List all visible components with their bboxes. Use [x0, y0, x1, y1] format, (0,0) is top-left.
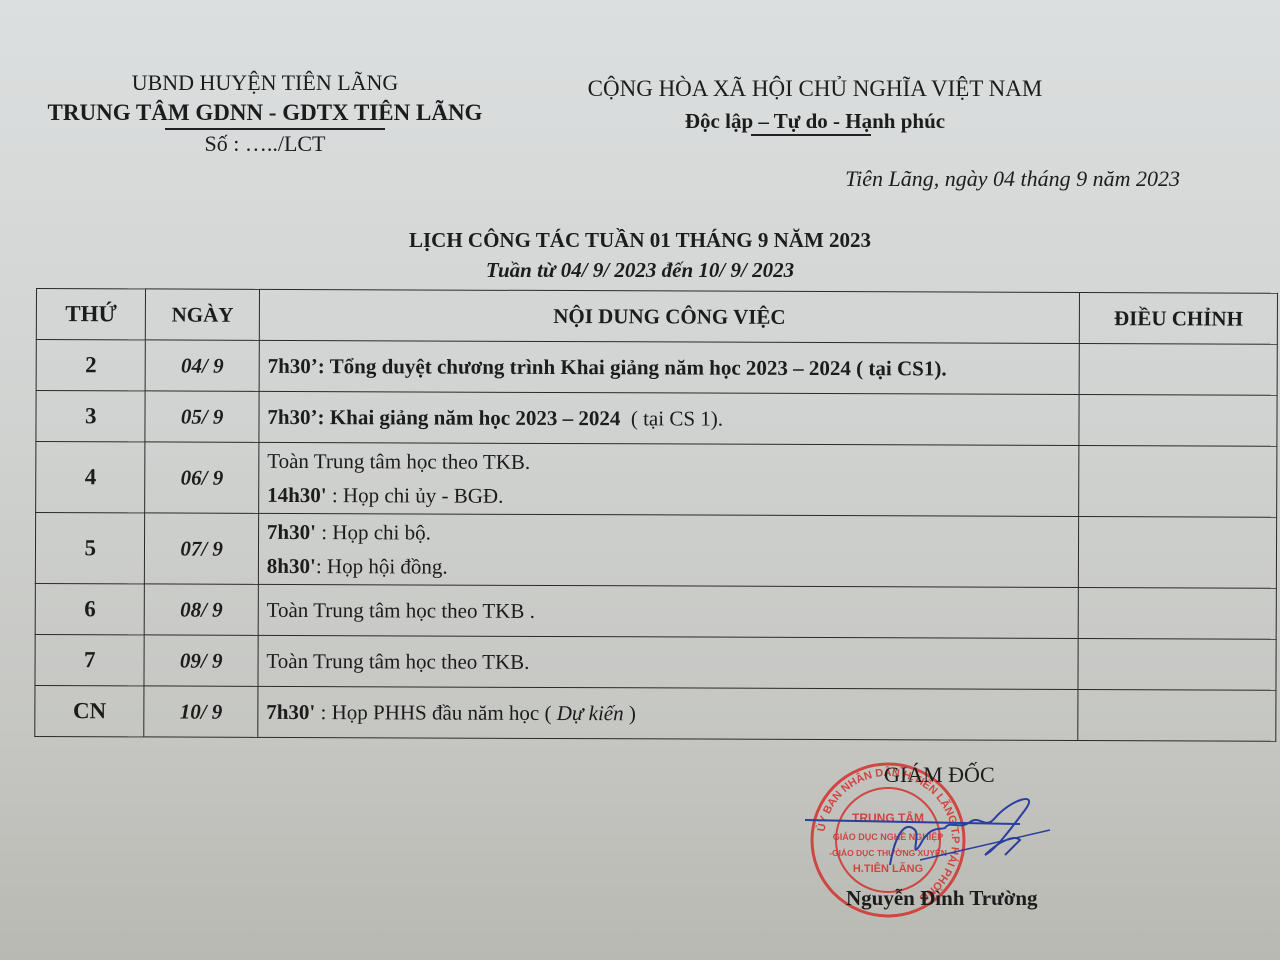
task-line: 7h30’: Tổng duyệt chương trình Khai giản… — [268, 349, 1071, 386]
cell-thu: CN — [35, 685, 145, 736]
task-time: 7h30' — [266, 700, 315, 724]
cell-noi-dung: 7h30' : Họp chi bộ.8h30': Họp hội đồng. — [258, 513, 1079, 587]
task-text: Khai giảng năm học 2023 – 2024 — [330, 405, 621, 430]
organization-name: TRUNG TÂM GDNN - GDTX TIÊN LÃNG — [30, 98, 500, 128]
table-row: 204/ 97h30’: Tổng duyệt chương trình Kha… — [36, 340, 1277, 396]
task-line: 7h30' : Họp chi bộ. — [267, 515, 1070, 552]
nation-name: CỘNG HÒA XÃ HỘI CHỦ NGHĨA VIỆT NAM — [570, 74, 1060, 104]
cell-noi-dung: 7h30’: Tổng duyệt chương trình Khai giản… — [259, 340, 1079, 394]
issuing-authority-block: UBND HUYỆN TIÊN LÃNG TRUNG TÂM GDNN - GD… — [30, 68, 500, 158]
cell-ngay: 05/ 9 — [145, 391, 259, 442]
task-line: Toàn Trung tâm học theo TKB . — [267, 593, 1070, 630]
cell-noi-dung: Toàn Trung tâm học theo TKB. — [258, 635, 1078, 689]
motto-underline — [751, 134, 871, 136]
header-noi-dung: NỘI DUNG CÔNG VIỆC — [259, 289, 1079, 343]
cell-ngay: 07/ 9 — [145, 513, 259, 584]
task-text: Họp PHHS đầu năm học ( — [332, 700, 557, 725]
cell-ngay: 09/ 9 — [144, 635, 258, 686]
task-time: 14h30' — [267, 483, 327, 507]
cell-dieu-chinh — [1079, 395, 1277, 447]
table-row: 608/ 9Toàn Trung tâm học theo TKB . — [35, 583, 1276, 639]
header-divider — [165, 128, 385, 130]
cell-dieu-chinh — [1078, 588, 1276, 640]
table-row: 305/ 97h30’: Khai giảng năm học 2023 – 2… — [36, 391, 1277, 447]
cell-thu: 3 — [36, 391, 146, 442]
task-text: Toàn Trung tâm học theo TKB . — [267, 598, 535, 623]
place-and-date: Tiên Lãng, ngày 04 tháng 9 năm 2023 — [760, 166, 1180, 192]
cell-noi-dung: Toàn Trung tâm học theo TKB . — [258, 584, 1078, 638]
table-header-row: THỨ NGÀY NỘI DUNG CÔNG VIỆC ĐIỀU CHỈNH — [36, 289, 1277, 345]
table-row: 709/ 9Toàn Trung tâm học theo TKB. — [35, 634, 1276, 690]
signatory-name: Nguyễn Đình Trường — [846, 886, 1038, 911]
cell-dieu-chinh — [1079, 344, 1277, 396]
task-text: Họp chi ủy - BGĐ. — [343, 483, 503, 508]
handwritten-signature-icon — [800, 790, 1060, 880]
cell-thu: 6 — [35, 583, 145, 634]
task-time: 7h30’ — [268, 354, 318, 378]
cell-thu: 5 — [35, 513, 145, 584]
national-header-block: CỘNG HÒA XÃ HỘI CHỦ NGHĨA VIỆT NAM Độc l… — [570, 74, 1060, 136]
task-text: Họp hội đồng. — [327, 554, 448, 578]
header-ngay: NGÀY — [146, 289, 260, 340]
task-text: Tổng duyệt chương trình Khai giảng năm h… — [330, 354, 947, 380]
national-motto: Độc lập – Tự do - Hạnh phúc — [570, 104, 1060, 138]
cell-noi-dung: Toàn Trung tâm học theo TKB.14h30' : Họp… — [259, 442, 1080, 516]
table-row: 507/ 97h30' : Họp chi bộ.8h30': Họp hội … — [35, 513, 1276, 589]
task-time: 7h30’ — [267, 405, 317, 429]
header-dieu-chinh: ĐIỀU CHỈNH — [1079, 293, 1277, 345]
task-text: Họp chi bộ. — [332, 520, 431, 544]
task-line: Toàn Trung tâm học theo TKB. — [266, 644, 1069, 681]
cell-dieu-chinh — [1078, 690, 1276, 742]
task-line: 7h30' : Họp PHHS đầu năm học ( Dự kiến ) — [266, 695, 1069, 732]
weekly-schedule-table: THỨ NGÀY NỘI DUNG CÔNG VIỆC ĐIỀU CHỈNH 2… — [34, 288, 1278, 742]
task-line: 14h30' : Họp chi ủy - BGĐ. — [267, 478, 1070, 515]
task-text: Toàn Trung tâm học theo TKB. — [267, 449, 530, 474]
authority-name: UBND HUYỆN TIÊN LÃNG — [30, 68, 500, 98]
document-title: LỊCH CÔNG TÁC TUẦN 01 THÁNG 9 NĂM 2023 — [280, 228, 1000, 253]
task-text: Toàn Trung tâm học theo TKB. — [266, 649, 529, 674]
document-subtitle: Tuần từ 04/ 9/ 2023 đến 10/ 9/ 2023 — [280, 258, 1000, 283]
table-row: CN10/ 97h30' : Họp PHHS đầu năm học ( Dự… — [35, 685, 1276, 741]
cell-dieu-chinh — [1078, 639, 1276, 691]
cell-thu: 2 — [36, 340, 146, 391]
task-line: Toàn Trung tâm học theo TKB. — [267, 444, 1070, 481]
header-thu: THỨ — [36, 289, 146, 340]
cell-dieu-chinh — [1079, 517, 1277, 589]
cell-ngay: 04/ 9 — [146, 340, 260, 391]
document-number: Số : …../LCT — [30, 130, 500, 158]
cell-noi-dung: 7h30' : Họp PHHS đầu năm học ( Dự kiến ) — [258, 686, 1078, 740]
cell-thu: 7 — [35, 634, 145, 685]
task-time: 7h30' — [267, 520, 316, 544]
cell-ngay: 06/ 9 — [145, 442, 259, 513]
cell-dieu-chinh — [1079, 446, 1277, 518]
cell-noi-dung: 7h30’: Khai giảng năm học 2023 – 2024 ( … — [259, 391, 1079, 445]
cell-thu: 4 — [36, 442, 146, 513]
task-line: 7h30’: Khai giảng năm học 2023 – 2024 ( … — [267, 400, 1070, 437]
task-line: 8h30': Họp hội đồng. — [267, 549, 1070, 586]
signatory-title: GIÁM ĐỐC — [884, 762, 995, 788]
task-time: 8h30' — [267, 554, 316, 578]
table-row: 406/ 9Toàn Trung tâm học theo TKB.14h30'… — [36, 442, 1277, 518]
cell-ngay: 10/ 9 — [144, 686, 258, 737]
cell-ngay: 08/ 9 — [145, 584, 259, 635]
